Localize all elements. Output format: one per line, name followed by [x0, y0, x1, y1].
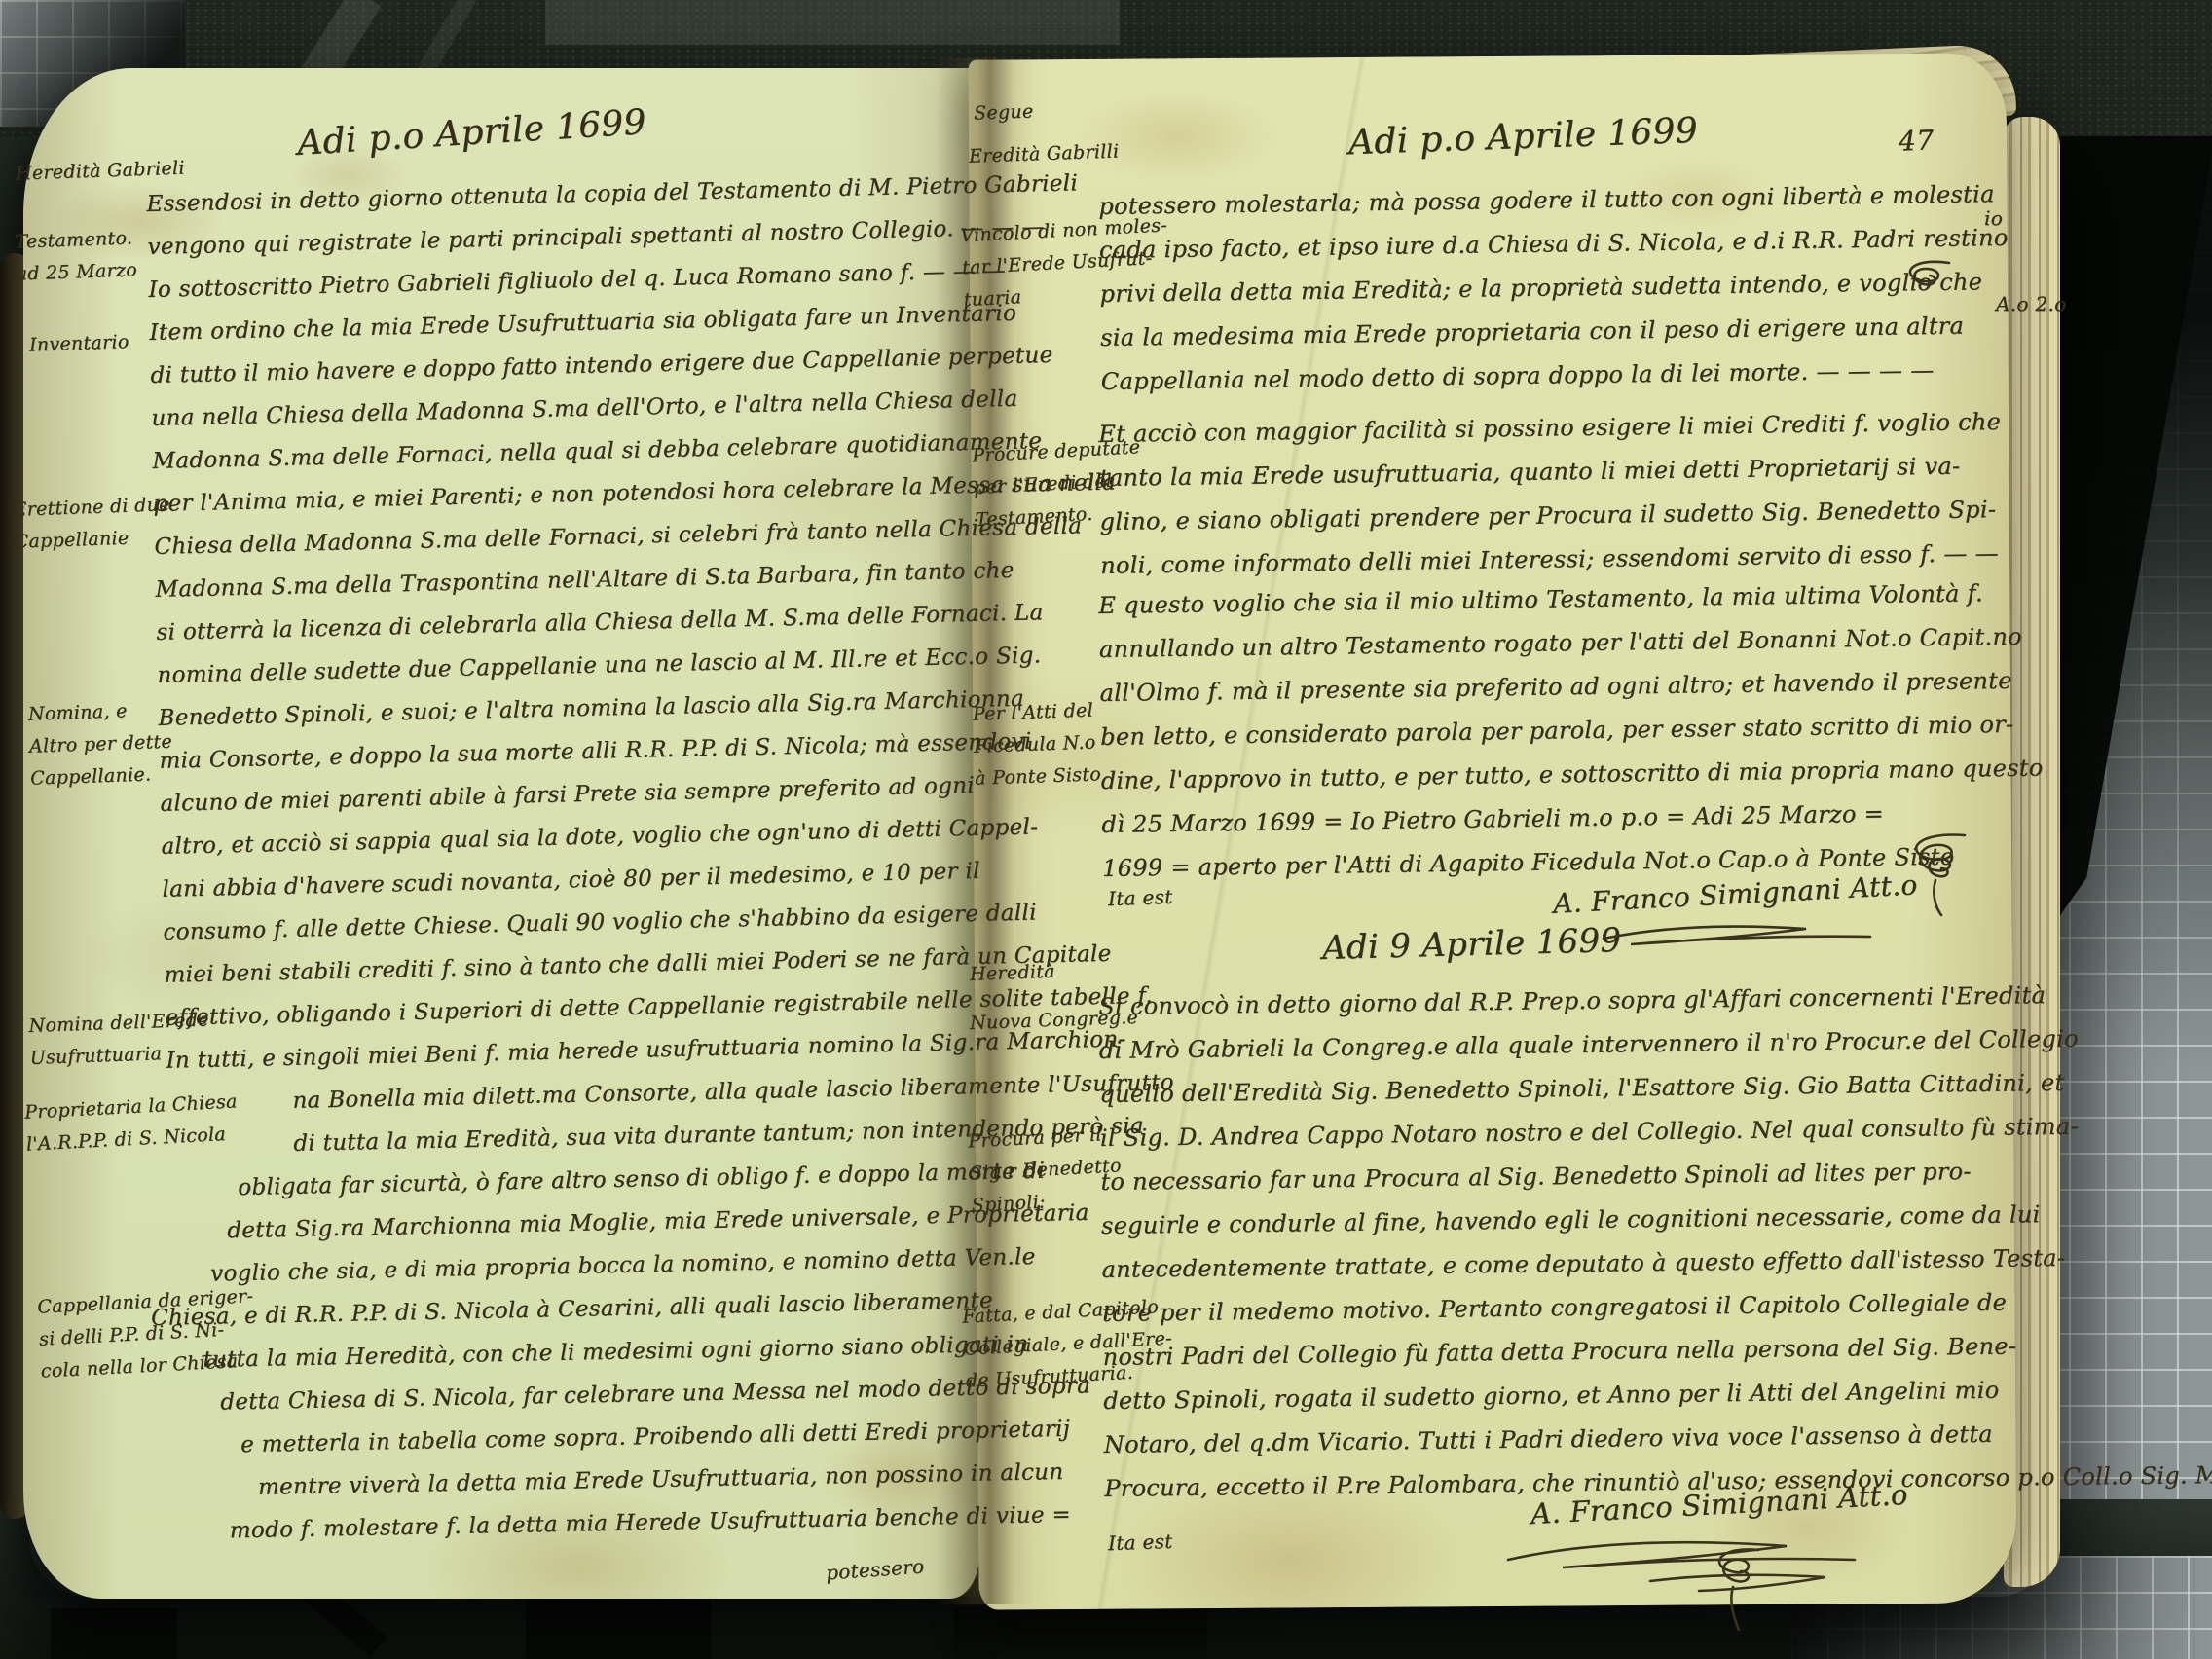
margin-note-line: Erettione di due: [13, 489, 169, 527]
left-body-block-1: Essendosi in detto giorno ottenuta la co…: [146, 165, 977, 1083]
margin-note-line: Testamento.: [15, 221, 162, 258]
left-body-block-2: na Bonella mia dilett.ma Consorte, alla …: [146, 1066, 961, 1340]
attestation-ita-est: Ita est: [1108, 885, 1173, 910]
margin-note-line: Eredità Gabrilli: [968, 135, 1124, 173]
ink-underline-flourish: [1504, 1534, 1864, 1603]
foam-panel: [545, 0, 1120, 45]
edge-note-anno-secondo: A.o 2.o: [1996, 292, 2066, 315]
ink-underline-flourish: [1602, 919, 1874, 952]
book-stand-foot: [51, 1608, 177, 1659]
margin-note-line: Cappellanie: [14, 521, 170, 559]
right-body-paragraph-3: E questo voglio che sia il mio ultimo Te…: [1098, 571, 2022, 891]
gutter-note-segue: Segue: [973, 92, 1120, 129]
ink-spiral-flourish: [1891, 255, 1963, 313]
section-date-header: Adi 9 Aprile 1699: [1322, 921, 1622, 968]
left-body-block-3: tutta la mia Heredità, con che li medesi…: [146, 1324, 960, 1554]
book-stand-shadow: [954, 1606, 1207, 1659]
right-body-paragraph-1: potessero molestarla; mà possa godere il…: [1098, 172, 2021, 404]
margin-note-line: ad 25 Marzo: [16, 253, 163, 290]
edge-note-partial: io: [1984, 206, 2003, 230]
right-body-paragraph-4: Si convocò in detto giorno dal R.P. Prep…: [1098, 974, 2025, 1511]
gutter-note-eredita-gabrilli: Eredità Gabrilli: [968, 135, 1124, 173]
margin-note-line: Heredità Gabrieli: [15, 153, 162, 190]
page-number: 47: [1898, 124, 1934, 157]
ink-spiral-flourish: [1897, 829, 1974, 919]
margin-note-testamento: Testamento.ad 25 Marzo: [15, 221, 163, 290]
margin-note-erettione: Erettione di dueCappellanie: [13, 489, 170, 559]
attestation-ita-est: Ita est: [1108, 1530, 1173, 1555]
margin-note-heredita-gabrieli: Heredità Gabrieli: [15, 153, 162, 190]
margin-note-line: Segue: [973, 92, 1120, 129]
manuscript-photo: Adi p.o Aprile 1699 Heredità Gabrieli Te…: [0, 0, 2212, 1659]
right-body-paragraph-2: Et acciò con maggior facilità si possino…: [1098, 400, 2020, 588]
